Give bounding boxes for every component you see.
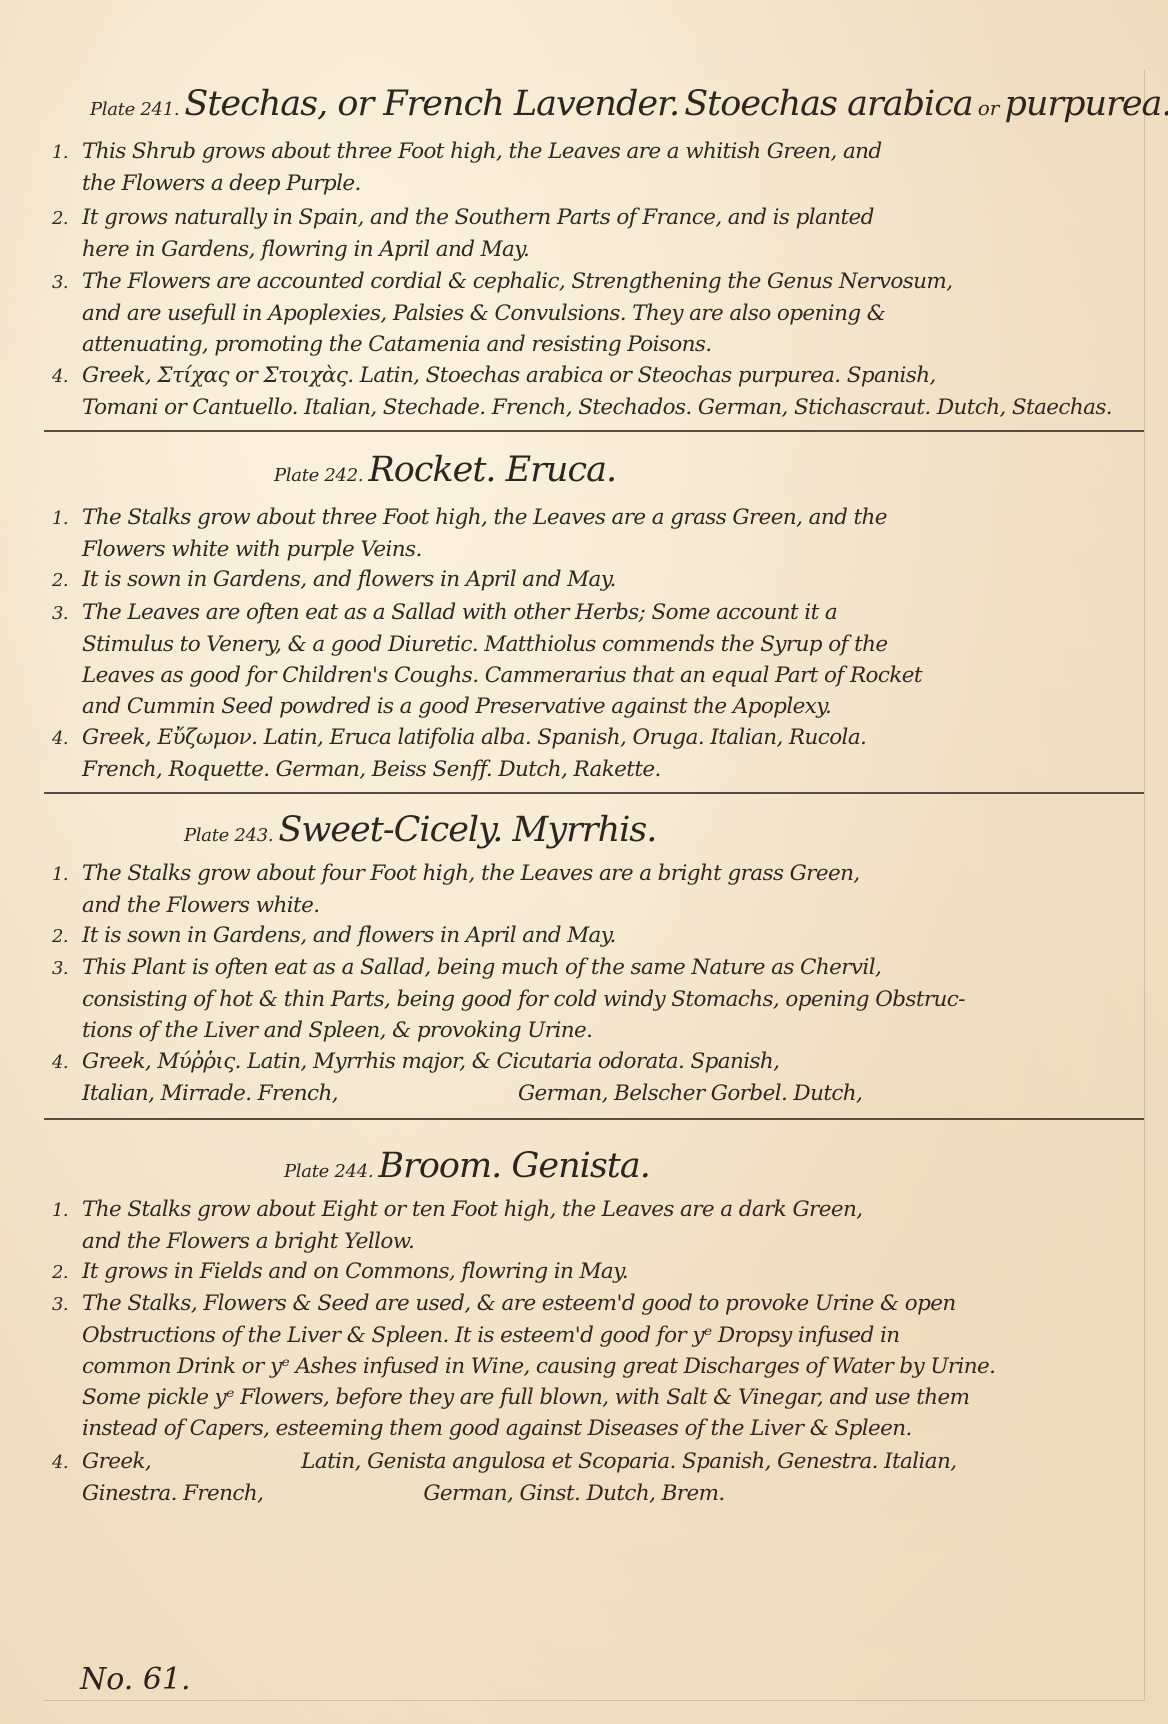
plate-242-title: Plate 242. Rocket. Eruca. <box>274 450 616 490</box>
item-4: 4.Greek, Εὔζωμον. Latin, Eruca latifolia… <box>52 722 866 785</box>
item-number: 2. <box>52 921 82 952</box>
item-number: 1. <box>52 1195 82 1226</box>
text-line: The Leaves are often eat as a Sallad wit… <box>82 600 837 625</box>
text-line: attenuating, promoting the Catamenia and… <box>52 329 952 360</box>
item-number: 3. <box>52 598 82 629</box>
text-line: Greek, Εὔζωμον. Latin, Eruca latifolia a… <box>82 725 866 750</box>
text-line: The Stalks, Flowers & Seed are used, & a… <box>82 1291 956 1316</box>
text-fragment: Greek, <box>82 1449 151 1474</box>
text-fragment: Italian, Mirrade. French, <box>82 1081 338 1106</box>
text-line: Some pickle yᵉ Flowers, before they are … <box>52 1382 995 1413</box>
item-number: 2. <box>52 1257 82 1288</box>
item-number: 2. <box>52 203 82 234</box>
text-line: here in Gardens, flowring in April and M… <box>52 234 874 265</box>
item-number: 4. <box>52 1047 82 1078</box>
text-line: Obstructions of the Liver & Spleen. It i… <box>52 1320 995 1351</box>
text-line: The Flowers are accounted cordial & ceph… <box>82 269 952 294</box>
text-line: consisting of hot & thin Parts, being go… <box>52 984 965 1015</box>
item-1: 1.The Stalks grow about Eight or ten Foo… <box>52 1194 862 1257</box>
item-number: 4. <box>52 1447 82 1478</box>
text-line: tions of the Liver and Spleen, & provoki… <box>52 1015 965 1046</box>
text-line: Tomani or Cantuello. Italian, Stechade. … <box>52 392 1112 423</box>
item-2: 2.It grows in Fields and on Commons, flo… <box>52 1256 628 1288</box>
text-line: It is sown in Gardens, and flowers in Ap… <box>82 567 616 592</box>
plate-name: Sweet-Cicely. Myrrhis. <box>278 810 656 850</box>
page-number: No. 61. <box>80 1662 191 1697</box>
text-line: The Stalks grow about four Foot high, th… <box>82 861 860 886</box>
text-line: Greek, Στίχας or Στοιχὰς. Latin, Stoecha… <box>82 363 936 388</box>
item-1: 1.The Stalks grow about four Foot high, … <box>52 858 860 921</box>
item-2: 2.It grows naturally in Spain, and the S… <box>52 202 874 265</box>
plate-label: Plate 241. <box>90 99 179 120</box>
text-line: It grows in Fields and on Commons, flowr… <box>82 1259 628 1284</box>
item-3: 3.The Leaves are often eat as a Sallad w… <box>52 597 922 722</box>
text-line: Stimulus to Venery, & a good Diuretic. M… <box>52 629 922 660</box>
item-number: 3. <box>52 953 82 984</box>
plate-or: or <box>978 96 1000 120</box>
plate-latin-name-2: purpurea. <box>1004 84 1168 124</box>
item-number: 1. <box>52 137 82 168</box>
section-divider <box>44 792 1144 794</box>
plate-241-title: Plate 241. Stechas, or French Lavender. … <box>90 84 1168 124</box>
item-number: 1. <box>52 503 82 534</box>
item-number: 4. <box>52 361 82 392</box>
text-line: It is sown in Gardens, and flowers in Ap… <box>82 923 616 948</box>
text-fragment: Latin, Genista angulosa et Scoparia. Spa… <box>301 1449 956 1474</box>
plate-244-title: Plate 244. Broom. Genista. <box>284 1146 650 1186</box>
text-line: Greek, Μύῤῥις. Latin, Myrrhis major, & C… <box>82 1049 779 1074</box>
text-fragment: German, Ginst. Dutch, Brem. <box>423 1481 724 1506</box>
engraved-page: Plate 241. Stechas, or French Lavender. … <box>44 70 1145 1701</box>
plate-name: Rocket. Eruca. <box>368 450 616 490</box>
plate-latin-name: Stoechas arabica <box>684 84 972 124</box>
plate-label: Plate 244. <box>284 1161 373 1182</box>
item-number: 3. <box>52 267 82 298</box>
text-line: and the Flowers a bright Yellow. <box>52 1226 862 1257</box>
text-line: Leaves as good for Children's Coughs. Ca… <box>52 660 922 691</box>
plate-243-title: Plate 243. Sweet-Cicely. Myrrhis. <box>184 810 656 850</box>
text-fragment: German, Belscher Gorbel. Dutch, <box>518 1081 862 1106</box>
item-2: 2.It is sown in Gardens, and flowers in … <box>52 920 616 952</box>
text-line: instead of Capers, esteeming them good a… <box>52 1413 995 1444</box>
item-3: 3.This Plant is often eat as a Sallad, b… <box>52 952 965 1046</box>
section-divider <box>44 1118 1144 1120</box>
item-3: 3.The Flowers are accounted cordial & ce… <box>52 266 952 360</box>
item-4: 4.Greek,Latin, Genista angulosa et Scopa… <box>52 1446 956 1509</box>
text-line: This Plant is often eat as a Sallad, bei… <box>82 955 881 980</box>
plate-name: Broom. Genista. <box>378 1146 649 1186</box>
text-line: and are usefull in Apoplexies, Palsies &… <box>52 298 952 329</box>
text-line: and Cummin Seed powdred is a good Preser… <box>52 691 922 722</box>
plate-label: Plate 243. <box>184 825 273 846</box>
item-1: 1.This Shrub grows about three Foot high… <box>52 136 882 199</box>
item-number: 1. <box>52 859 82 890</box>
item-2: 2.It is sown in Gardens, and flowers in … <box>52 564 616 596</box>
item-4: 4.Greek, Στίχας or Στοιχὰς. Latin, Stoec… <box>52 360 1112 423</box>
item-number: 4. <box>52 723 82 754</box>
text-fragment: Ginestra. French, <box>82 1481 263 1506</box>
item-4: 4.Greek, Μύῤῥις. Latin, Myrrhis major, &… <box>52 1046 862 1109</box>
text-line: The Stalks grow about Eight or ten Foot … <box>82 1197 862 1222</box>
text-line: and the Flowers white. <box>52 890 860 921</box>
text-line: The Stalks grow about three Foot high, t… <box>82 505 887 530</box>
text-line: common Drink or yᵉ Ashes infused in Wine… <box>52 1351 995 1382</box>
text-line: Flowers white with purple Veins. <box>52 534 887 565</box>
item-1: 1.The Stalks grow about three Foot high,… <box>52 502 887 565</box>
item-number: 2. <box>52 565 82 596</box>
text-line: the Flowers a deep Purple. <box>52 168 882 199</box>
plate-label: Plate 242. <box>274 465 363 486</box>
section-divider <box>44 430 1144 432</box>
text-line: French, Roquette. German, Beiss Senff. D… <box>52 754 866 785</box>
item-number: 3. <box>52 1289 82 1320</box>
text-line: This Shrub grows about three Foot high, … <box>82 139 882 164</box>
text-line: It grows naturally in Spain, and the Sou… <box>82 205 874 230</box>
plate-name: Stechas, or French Lavender. <box>184 84 679 124</box>
item-3: 3.The Stalks, Flowers & Seed are used, &… <box>52 1288 995 1444</box>
